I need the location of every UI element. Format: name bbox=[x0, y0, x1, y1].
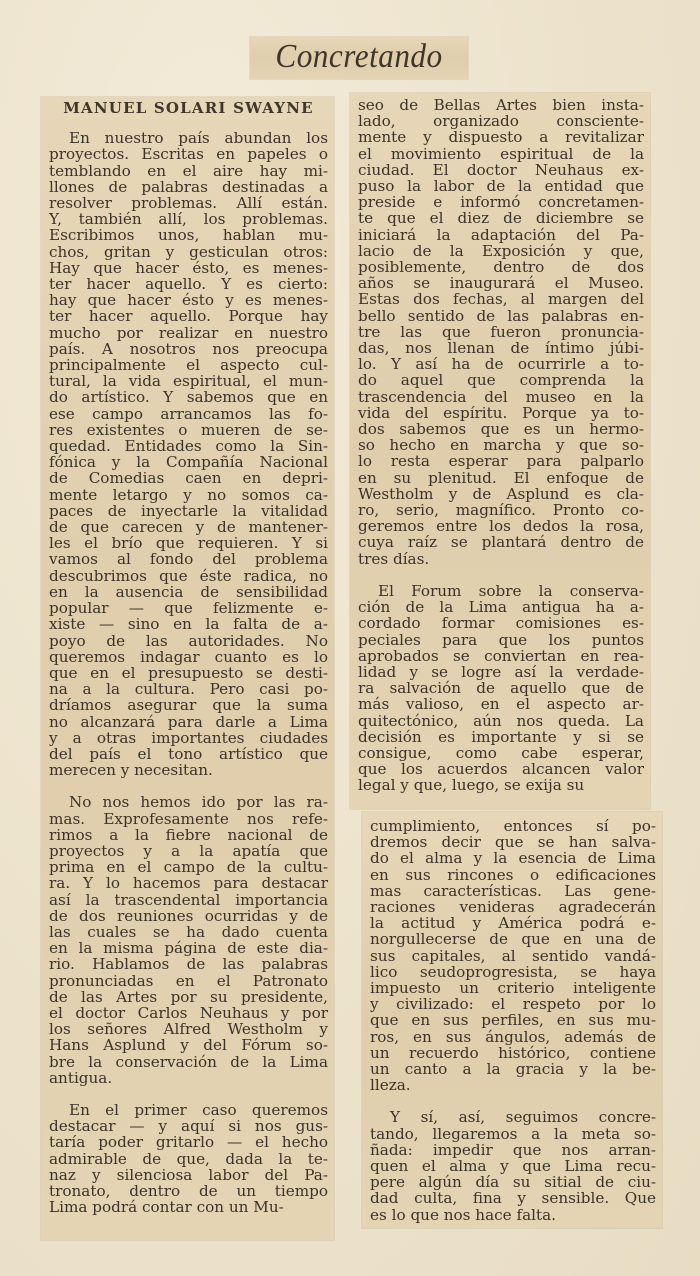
right-column-bottom-body: cumplimiento, entonces sí po-dremos deci… bbox=[370, 818, 656, 1223]
text-line: geremos entre los dedos la rosa, bbox=[358, 518, 644, 534]
text-line: dad culta, fina y sensible. Que bbox=[370, 1190, 656, 1206]
text-line: vamos al fondo del problema bbox=[49, 551, 328, 567]
text-line: so hecho en marcha y que so- bbox=[358, 437, 644, 453]
text-line: bello sentido de las palabras en- bbox=[358, 308, 644, 324]
text-line: das, nos llenan de íntimo júbi- bbox=[358, 340, 644, 356]
left-column-text: MANUEL SOLARI SWAYNE En nuestro país abu… bbox=[41, 100, 334, 1215]
text-line: ros, en sus ángulos, además de bbox=[370, 1029, 656, 1045]
text-line: quen el alma y que Lima recu- bbox=[370, 1158, 656, 1174]
text-line: y a otras importantes ciudades bbox=[49, 730, 328, 746]
text-line: No nos hemos ido por las ra- bbox=[49, 794, 328, 810]
text-line: na a la cultura. Pero casi po- bbox=[49, 681, 328, 697]
text-line: la actitud y América podrá e- bbox=[370, 915, 656, 931]
text-line: decisión es importante y si se bbox=[358, 729, 644, 745]
text-line: vida del espíritu. Porque ya to- bbox=[358, 405, 644, 421]
text-line: preside e informó concretamen- bbox=[358, 194, 644, 210]
text-line: impuesto un criterio inteligente bbox=[370, 980, 656, 996]
text-line: naz y silenciosa labor del Pa- bbox=[49, 1167, 328, 1183]
text-line: aprobados se conviertan en rea- bbox=[358, 648, 644, 664]
text-line: un canto a la gracia y la be- bbox=[370, 1061, 656, 1077]
text-line: cuya raíz se plantará dentro de bbox=[358, 534, 644, 550]
text-line: ese campo arrancamos las fo- bbox=[49, 406, 328, 422]
text-line: Hay que hacer ésto, es menes- bbox=[49, 260, 328, 276]
right-column-bottom-text: cumplimiento, entonces sí po-dremos deci… bbox=[362, 812, 662, 1223]
text-line: de las Artes por su presidente, bbox=[49, 989, 328, 1005]
title-clipping: Concretando bbox=[250, 37, 468, 79]
text-line: res existentes o mueren de se- bbox=[49, 422, 328, 438]
text-line: país. A nosotros nos preocupa bbox=[49, 341, 328, 357]
text-line: trascendencia del museo en la bbox=[358, 389, 644, 405]
text-line: fónica y la Compañía Nacional bbox=[49, 454, 328, 470]
text-line: mas características. Las gene- bbox=[370, 883, 656, 899]
text-line: rio. Hablamos de las palabras bbox=[49, 956, 328, 972]
text-line: merecen y necesitan. bbox=[49, 762, 328, 778]
right-column-top-body: seo de Bellas Artes bien insta-lado, org… bbox=[358, 97, 644, 794]
text-line: destacar — y aquí si nos gus- bbox=[49, 1118, 328, 1134]
text-line: ro, serio, magnífico. Pronto co- bbox=[358, 502, 644, 518]
text-line: Hans Asplund y del Fórum so- bbox=[49, 1037, 328, 1053]
text-line: tural, la vida espiritual, el mun- bbox=[49, 373, 328, 389]
text-line: tres días. bbox=[358, 551, 644, 567]
text-line: quitectónico, aún nos queda. La bbox=[358, 713, 644, 729]
text-line: rimos a la fiebre nacional de bbox=[49, 827, 328, 843]
text-line: temblando en el aire hay mi- bbox=[49, 163, 328, 179]
text-line: posiblemente, dentro de dos bbox=[358, 259, 644, 275]
text-line: de que carecen y de mantener- bbox=[49, 519, 328, 535]
text-line: en sus rincones o edificaciones bbox=[370, 867, 656, 883]
text-line: lo resta esperar para palparlo bbox=[358, 453, 644, 469]
text-line: Lima podrá contar con un Mu- bbox=[49, 1199, 328, 1215]
text-line: que en el presupuesto se desti- bbox=[49, 665, 328, 681]
text-line: lacio de la Exposición y que, bbox=[358, 243, 644, 259]
text-line: sus capitales, al sentido vandá- bbox=[370, 948, 656, 964]
text-line: les el brío que requieren. Y si bbox=[49, 535, 328, 551]
right-column-top-clipping: seo de Bellas Artes bien insta-lado, org… bbox=[350, 93, 650, 809]
text-line: ciudad. El doctor Neuhaus ex- bbox=[358, 162, 644, 178]
paragraph: seo de Bellas Artes bien insta-lado, org… bbox=[358, 97, 644, 567]
text-line: es lo que nos hace falta. bbox=[370, 1207, 656, 1223]
left-column-clipping: MANUEL SOLARI SWAYNE En nuestro país abu… bbox=[41, 97, 334, 1240]
text-line: ter hacer aquello. Porque hay bbox=[49, 308, 328, 324]
text-line: así la trascendental importancia bbox=[49, 892, 328, 908]
text-line: llones de palabras destinadas a bbox=[49, 179, 328, 195]
text-line: taría poder gritarlo — el hecho bbox=[49, 1134, 328, 1150]
paragraph: El Forum sobre la conserva-ción de la Li… bbox=[358, 583, 644, 794]
text-line: puso la labor de la entidad que bbox=[358, 178, 644, 194]
text-line: xiste — sino en la falta de a- bbox=[49, 616, 328, 632]
text-line: seo de Bellas Artes bien insta- bbox=[358, 97, 644, 113]
text-line: mas. Exprofesamente nos refe- bbox=[49, 811, 328, 827]
text-line: ra. Y lo hacemos para destacar bbox=[49, 875, 328, 891]
text-line: ter hacer aquello. Y es cierto: bbox=[49, 276, 328, 292]
text-line: dos sabemos que es un hermo- bbox=[358, 421, 644, 437]
author-byline: MANUEL SOLARI SWAYNE bbox=[49, 100, 328, 116]
text-line: cordado formar comisiones es- bbox=[358, 615, 644, 631]
paragraph: Y sí, así, seguimos concre-tando, llegar… bbox=[370, 1109, 656, 1222]
text-line: más valioso, en el aspecto ar- bbox=[358, 696, 644, 712]
text-line: proyectos y a la apatía que bbox=[49, 843, 328, 859]
text-line: do aquel que comprenda la bbox=[358, 372, 644, 388]
text-line: iniciará la adaptación del Pa- bbox=[358, 227, 644, 243]
text-line: norgullecerse de que en una de bbox=[370, 931, 656, 947]
text-line: tronato, dentro de un tiempo bbox=[49, 1183, 328, 1199]
text-line: hay que hacer ésto y es menes- bbox=[49, 292, 328, 308]
text-line: no alcanzará para darle a Lima bbox=[49, 714, 328, 730]
text-line: antigua. bbox=[49, 1070, 328, 1086]
text-line: peciales para que los puntos bbox=[358, 632, 644, 648]
article-title: Concretando bbox=[259, 37, 460, 77]
text-line: do artístico. Y sabemos que en bbox=[49, 389, 328, 405]
paragraph: En nuestro país abundan losproyectos. Es… bbox=[49, 130, 328, 778]
text-line: el movimiento espiritual de la bbox=[358, 146, 644, 162]
text-line: ción de la Lima antigua ha a- bbox=[358, 599, 644, 615]
text-line: descubrimos que éste radica, no bbox=[49, 568, 328, 584]
text-line: do el alma y la esencia de Lima bbox=[370, 850, 656, 866]
text-line: Estas dos fechas, al margen del bbox=[358, 291, 644, 307]
text-line: y civilizado: el respeto por lo bbox=[370, 996, 656, 1012]
text-line: popular — que felizmente e- bbox=[49, 600, 328, 616]
right-column-bottom-clipping: cumplimiento, entonces sí po-dremos deci… bbox=[362, 812, 662, 1228]
text-line: lidad y se logre así la verdade- bbox=[358, 664, 644, 680]
text-line: Westholm y de Asplund es cla- bbox=[358, 486, 644, 502]
text-line: En nuestro país abundan los bbox=[49, 130, 328, 146]
text-line: lleza. bbox=[370, 1077, 656, 1093]
text-line: pere algún día su sitial de ciu- bbox=[370, 1174, 656, 1190]
text-line: de Comedias caen en depri- bbox=[49, 470, 328, 486]
paragraph: En el primer caso queremosdestacar — y a… bbox=[49, 1102, 328, 1215]
text-line: pronunciadas en el Patronato bbox=[49, 973, 328, 989]
text-line: años se inaugurará el Museo. bbox=[358, 275, 644, 291]
text-line: en la misma página de este dia- bbox=[49, 940, 328, 956]
text-line: Y sí, así, seguimos concre- bbox=[370, 1109, 656, 1125]
text-line: en la ausencia de sensibilidad bbox=[49, 584, 328, 600]
text-line: un recuerdo histórico, contiene bbox=[370, 1045, 656, 1061]
text-line: las cuales se ha dado cuenta bbox=[49, 924, 328, 940]
text-line: tre las que fueron pronuncia- bbox=[358, 324, 644, 340]
text-line: mente letargo y no somos ca- bbox=[49, 487, 328, 503]
left-column-body: En nuestro país abundan losproyectos. Es… bbox=[49, 130, 328, 1215]
text-line: ra salvación de aquello que de bbox=[358, 680, 644, 696]
text-line: consigue, como cabe esperar, bbox=[358, 745, 644, 761]
text-line: quedad. Entidades como la Sin- bbox=[49, 438, 328, 454]
text-line: Y, también allí, los problemas. bbox=[49, 211, 328, 227]
text-line: principalmente el aspecto cul- bbox=[49, 357, 328, 373]
text-line: los señores Alfred Westholm y bbox=[49, 1021, 328, 1037]
text-line: que en sus perfiles, en sus mu- bbox=[370, 1012, 656, 1028]
text-line: bre la conservación de la Lima bbox=[49, 1054, 328, 1070]
text-line: En el primer caso queremos bbox=[49, 1102, 328, 1118]
paragraph: cumplimiento, entonces sí po-dremos deci… bbox=[370, 818, 656, 1093]
text-line: El Forum sobre la conserva- bbox=[358, 583, 644, 599]
text-line: del país el tono artístico que bbox=[49, 746, 328, 762]
text-line: el doctor Carlos Neuhaus y por bbox=[49, 1005, 328, 1021]
text-line: en su plenitud. El enfoque de bbox=[358, 470, 644, 486]
text-line: que los acuerdos alcancen valor bbox=[358, 761, 644, 777]
text-line: mente y dispuesto a revitalizar bbox=[358, 129, 644, 145]
text-line: cumplimiento, entonces sí po- bbox=[370, 818, 656, 834]
text-line: prima en el campo de la cultu- bbox=[49, 859, 328, 875]
text-line: Escribimos unos, hablan mu- bbox=[49, 227, 328, 243]
text-line: mucho por realizar en nuestro bbox=[49, 325, 328, 341]
text-line: ñada: impedir que nos arran- bbox=[370, 1142, 656, 1158]
paragraph: No nos hemos ido por las ra-mas. Exprofe… bbox=[49, 794, 328, 1086]
text-line: lo. Y así ha de ocurrirle a to- bbox=[358, 356, 644, 372]
text-line: dríamos asegurar que la suma bbox=[49, 697, 328, 713]
text-line: tando, llegaremos a la meta so- bbox=[370, 1126, 656, 1142]
text-line: lico seudoprogresista, se haya bbox=[370, 964, 656, 980]
text-line: poyo de las autoridades. No bbox=[49, 633, 328, 649]
text-line: paces de inyectarle la vitalidad bbox=[49, 503, 328, 519]
text-line: chos, gritan y gesticulan otros: bbox=[49, 244, 328, 260]
text-line: te que el diez de diciembre se bbox=[358, 210, 644, 226]
text-line: proyectos. Escritas en papeles o bbox=[49, 146, 328, 162]
text-line: raciones venideras agradecerán bbox=[370, 899, 656, 915]
text-line: admirable de que, dada la te- bbox=[49, 1151, 328, 1167]
text-line: lado, organizado consciente- bbox=[358, 113, 644, 129]
text-line: de dos reuniones ocurridas y de bbox=[49, 908, 328, 924]
text-line: resolver problemas. Allí están. bbox=[49, 195, 328, 211]
text-line: queremos indagar cuanto es lo bbox=[49, 649, 328, 665]
right-column-top-text: seo de Bellas Artes bien insta-lado, org… bbox=[350, 93, 650, 794]
text-line: legal y que, luego, se exija su bbox=[358, 777, 644, 793]
text-line: dremos decir que se han salva- bbox=[370, 834, 656, 850]
